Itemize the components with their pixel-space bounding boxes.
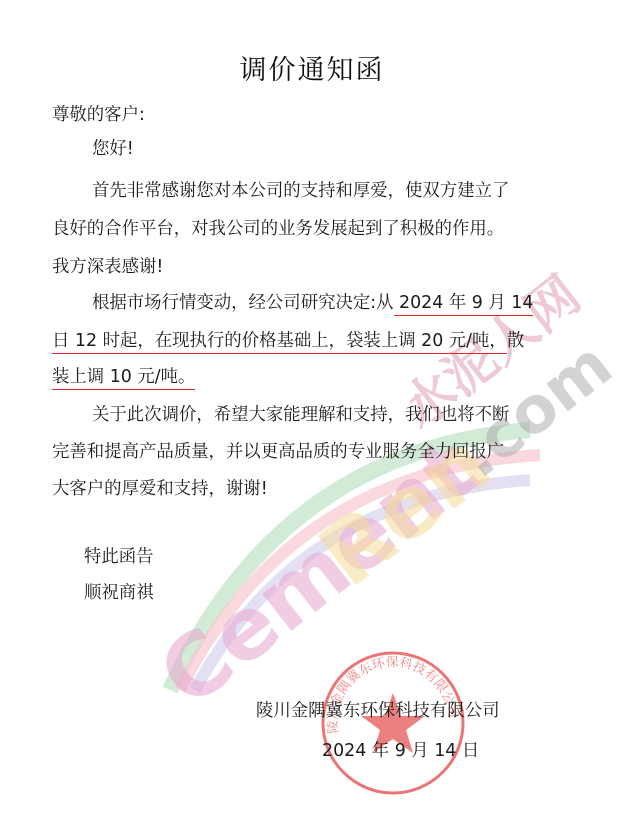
signature-company: 陵川金隅冀东环保科技有限公司: [256, 696, 499, 721]
paragraph3-line1: 关于此次调价，希望大家能理解和支持，我们也将不断: [92, 400, 509, 425]
closing-2: 顺祝商祺: [84, 578, 154, 603]
paragraph2-line2: 日 12 时起，在现执行的价格基础上，袋装上调 20 元/吨，散: [52, 326, 524, 351]
signature-date: 2024 年 9 月 14 日: [322, 736, 479, 761]
company-seal-stamp: 陵川金隅冀东环保科技有限公司: [318, 648, 468, 798]
salutation: 尊敬的客户:: [52, 100, 145, 125]
effective-date-underlined: 2024 年 9 月 14: [394, 293, 534, 316]
paragraph1-line3: 我方深表感谢!: [52, 252, 163, 277]
greeting: 您好!: [92, 134, 134, 159]
paragraph2-line1: 根据市场行情变动，经公司研究决定:从 2024 年 9 月 14: [92, 288, 533, 313]
bulk-price-increase-underlined: 装上调 10 元/吨。: [52, 367, 195, 390]
document-title: 调价通知函: [0, 48, 624, 87]
paragraph3-line2: 完善和提高产品质量，并以更高品质的专业服务全力回报广: [52, 437, 504, 462]
closing-1: 特此函告: [84, 542, 154, 567]
document-page: Cement Ren 水泥人网 .com 陵川金隅冀东环保科技有限公司 调价通知…: [0, 0, 624, 821]
paragraph3-line3: 大客户的厚爱和支持，谢谢!: [52, 474, 268, 499]
svg-text:陵川金隅冀东环保科技有限公司: 陵川金隅冀东环保科技有限公司: [325, 655, 460, 734]
price-increase-underlined: 日 12 时起，在现执行的价格基础上，袋装上调 20 元/吨，: [52, 331, 507, 354]
svg-text:Cement: Cement: [141, 419, 495, 720]
paragraph1-line2: 良好的合作平台，对我公司的业务发展起到了积极的作用。: [52, 214, 504, 239]
paragraph1-line1: 首先非常感谢您对本公司的支持和厚爱，使双方建立了: [92, 176, 509, 201]
paragraph2-line3: 装上调 10 元/吨。: [52, 362, 195, 387]
paragraph2-line1-text: 根据市场行情变动，经公司研究决定:从: [92, 293, 394, 313]
paragraph2-line2-text: 散: [507, 331, 524, 351]
